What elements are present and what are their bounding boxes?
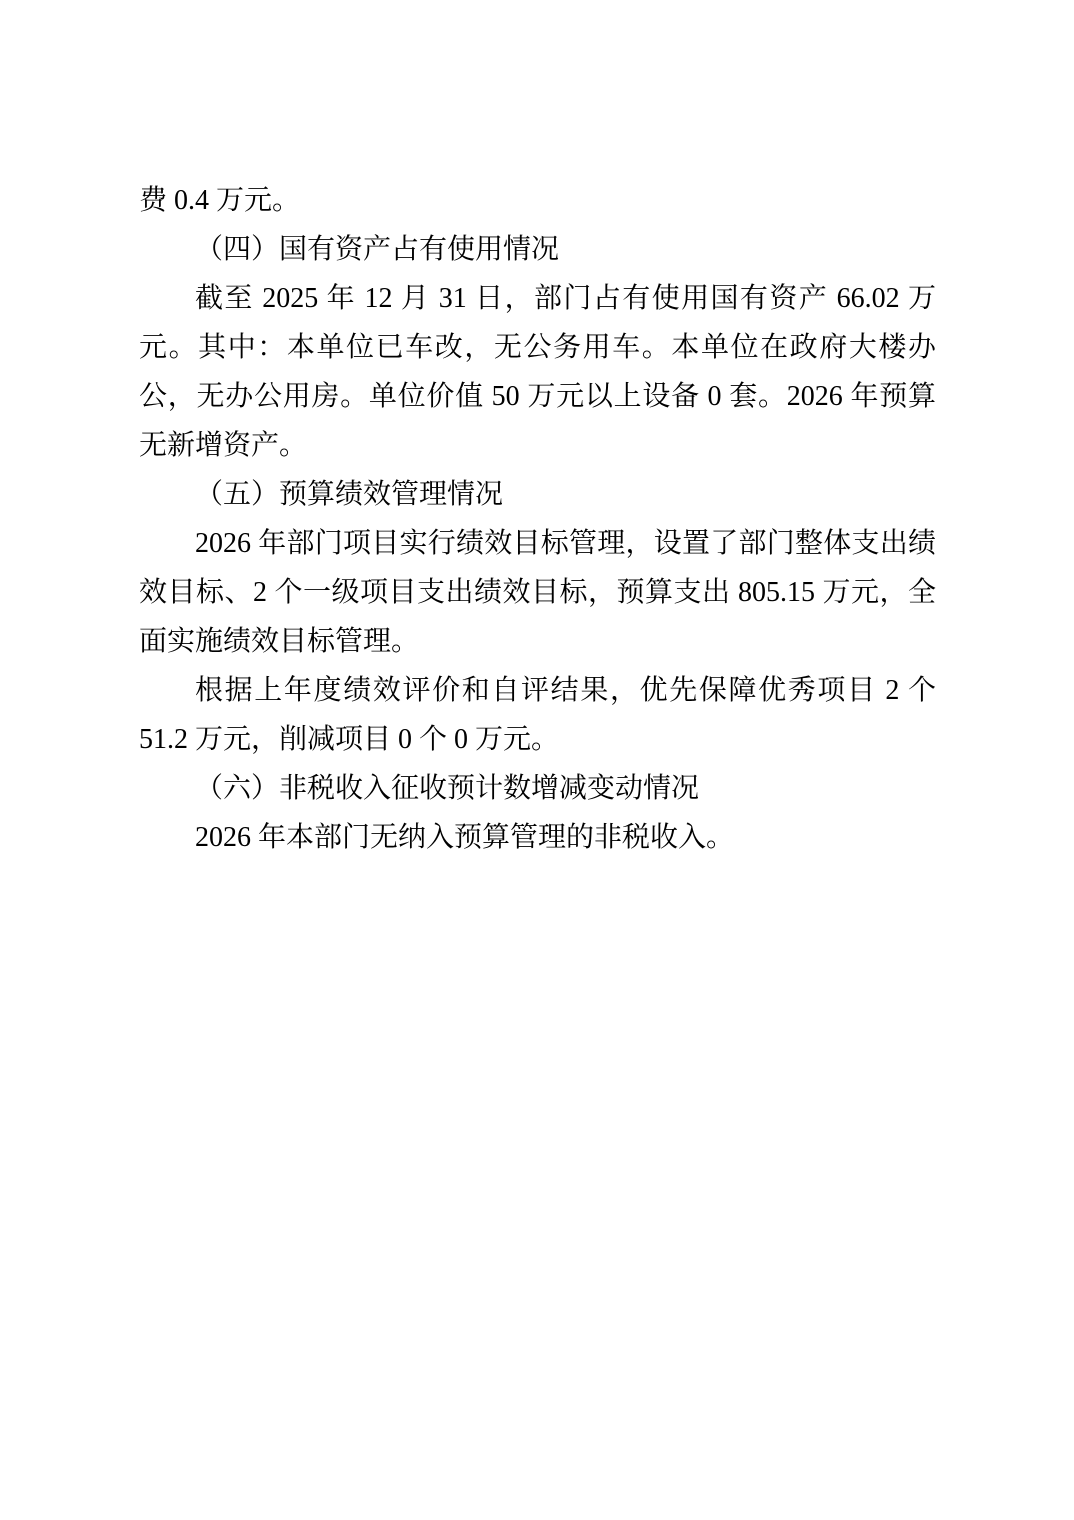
para-performance-evaluation-result: 根据上年度绩效评价和自评结果，优先保障优秀项目 2 个 51.2 万元，削减项目… xyxy=(139,666,936,764)
heading-section-4-state-assets: （四）国有资产占有使用情况 xyxy=(139,225,936,274)
para-continuation-fee: 费 0.4 万元。 xyxy=(139,176,936,225)
document-text-block: 费 0.4 万元。 （四）国有资产占有使用情况 截至 2025 年 12 月 3… xyxy=(139,176,936,862)
para-nontax-revenue-statement: 2026 年本部门无纳入预算管理的非税收入。 xyxy=(139,813,936,862)
para-performance-targets: 2026 年部门项目实行绩效目标管理，设置了部门整体支出绩效目标、2 个一级项目… xyxy=(139,519,936,666)
document-page: 费 0.4 万元。 （四）国有资产占有使用情况 截至 2025 年 12 月 3… xyxy=(0,0,1074,1520)
heading-section-5-budget-performance: （五）预算绩效管理情况 xyxy=(139,470,936,519)
para-state-assets-detail: 截至 2025 年 12 月 31 日，部门占有使用国有资产 66.02 万元。… xyxy=(139,274,936,470)
heading-section-6-nontax-revenue: （六）非税收入征收预计数增减变动情况 xyxy=(139,764,936,813)
